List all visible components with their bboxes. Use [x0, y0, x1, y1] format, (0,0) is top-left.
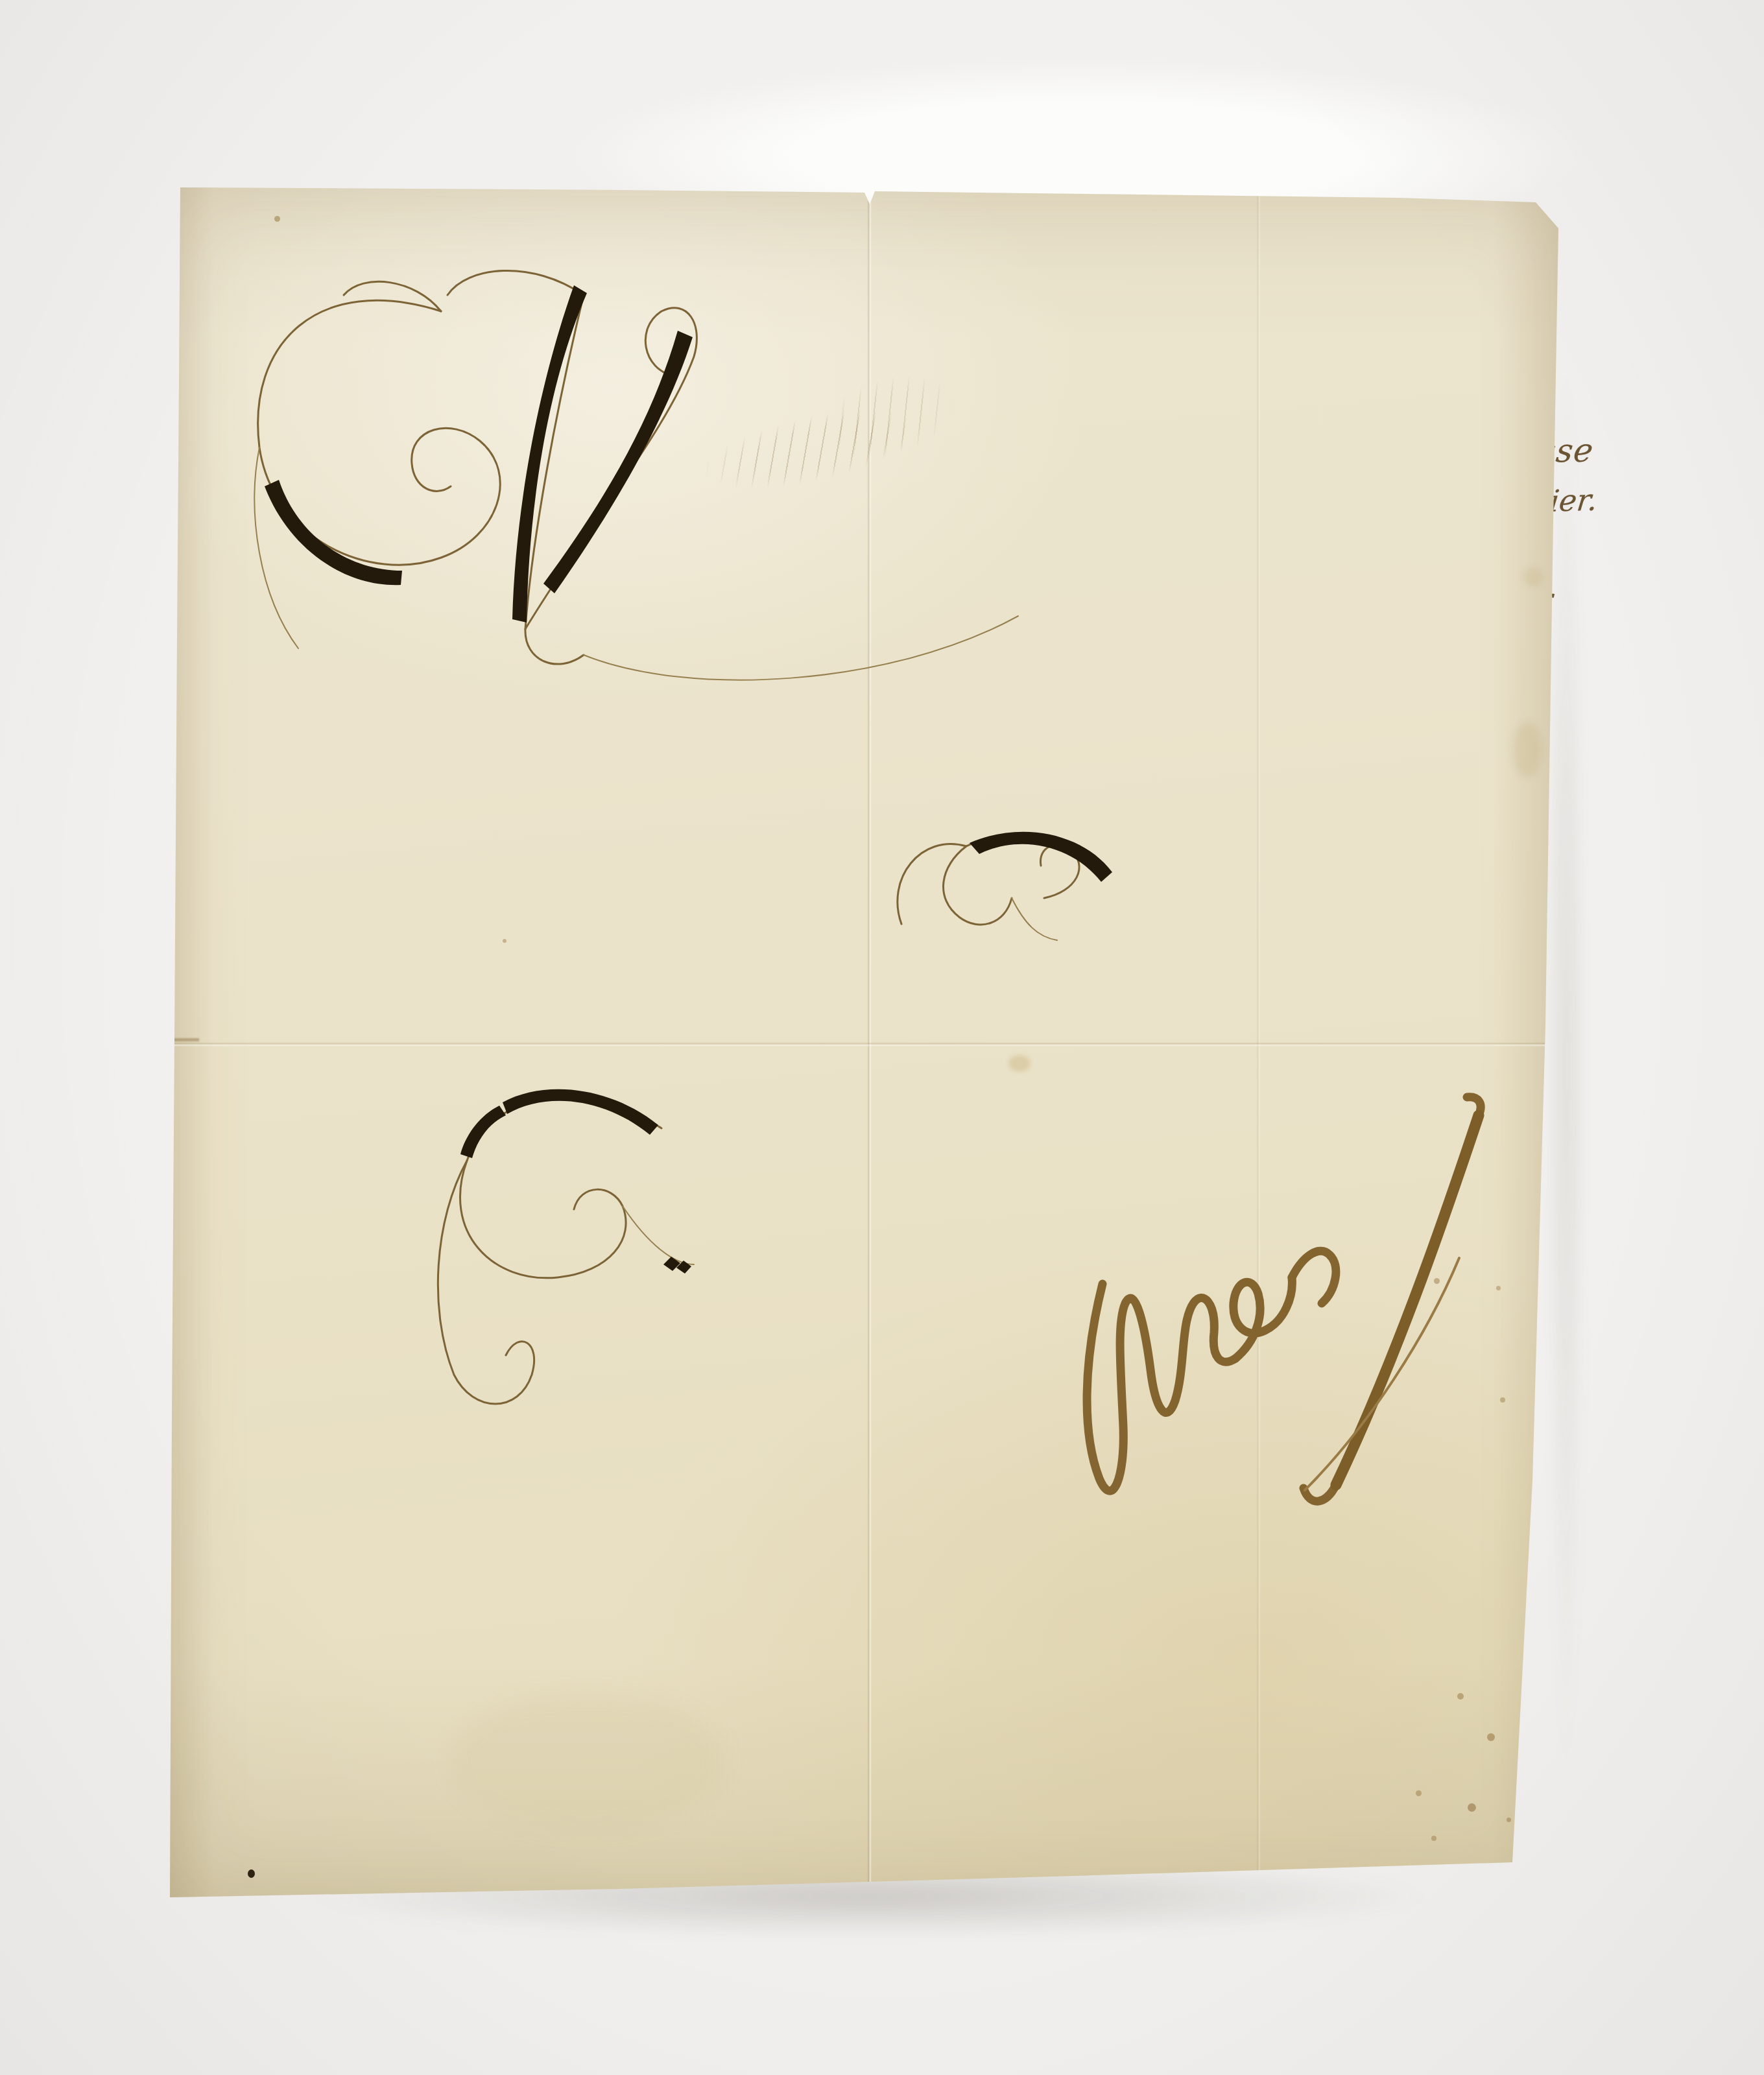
photo-of-letter: { "letter": { "salutation": { "initial":… [0, 0, 1764, 2075]
water-stain [451, 1694, 723, 1831]
foxing-spot [1529, 1674, 1534, 1679]
foxing-spot [1431, 1836, 1436, 1841]
faint-vertical-crease [1256, 190, 1261, 1886]
fold-edge-mark [165, 1038, 199, 1041]
edge-stain [1523, 567, 1543, 587]
foxing-spot [1416, 1790, 1422, 1796]
foxing-spot [503, 939, 507, 943]
dateline-initial-flourish [415, 1050, 700, 1414]
closing-initial-M-flourish [882, 820, 1128, 950]
ink-spot [248, 1869, 255, 1878]
ornate-initial-M [220, 233, 1038, 700]
foxing-spot [274, 216, 280, 222]
foxing-spot [1457, 1693, 1464, 1700]
napoleon-signature [1064, 1089, 1518, 1582]
foxing-spot [1468, 1803, 1476, 1812]
foxing-spot [1520, 1755, 1525, 1761]
small-stain [1008, 1055, 1031, 1072]
horizontal-fold-crease [165, 1042, 1563, 1047]
edge-stain [1513, 722, 1542, 777]
foxing-spot [1487, 1733, 1495, 1741]
foxing-spot [1507, 1818, 1511, 1822]
